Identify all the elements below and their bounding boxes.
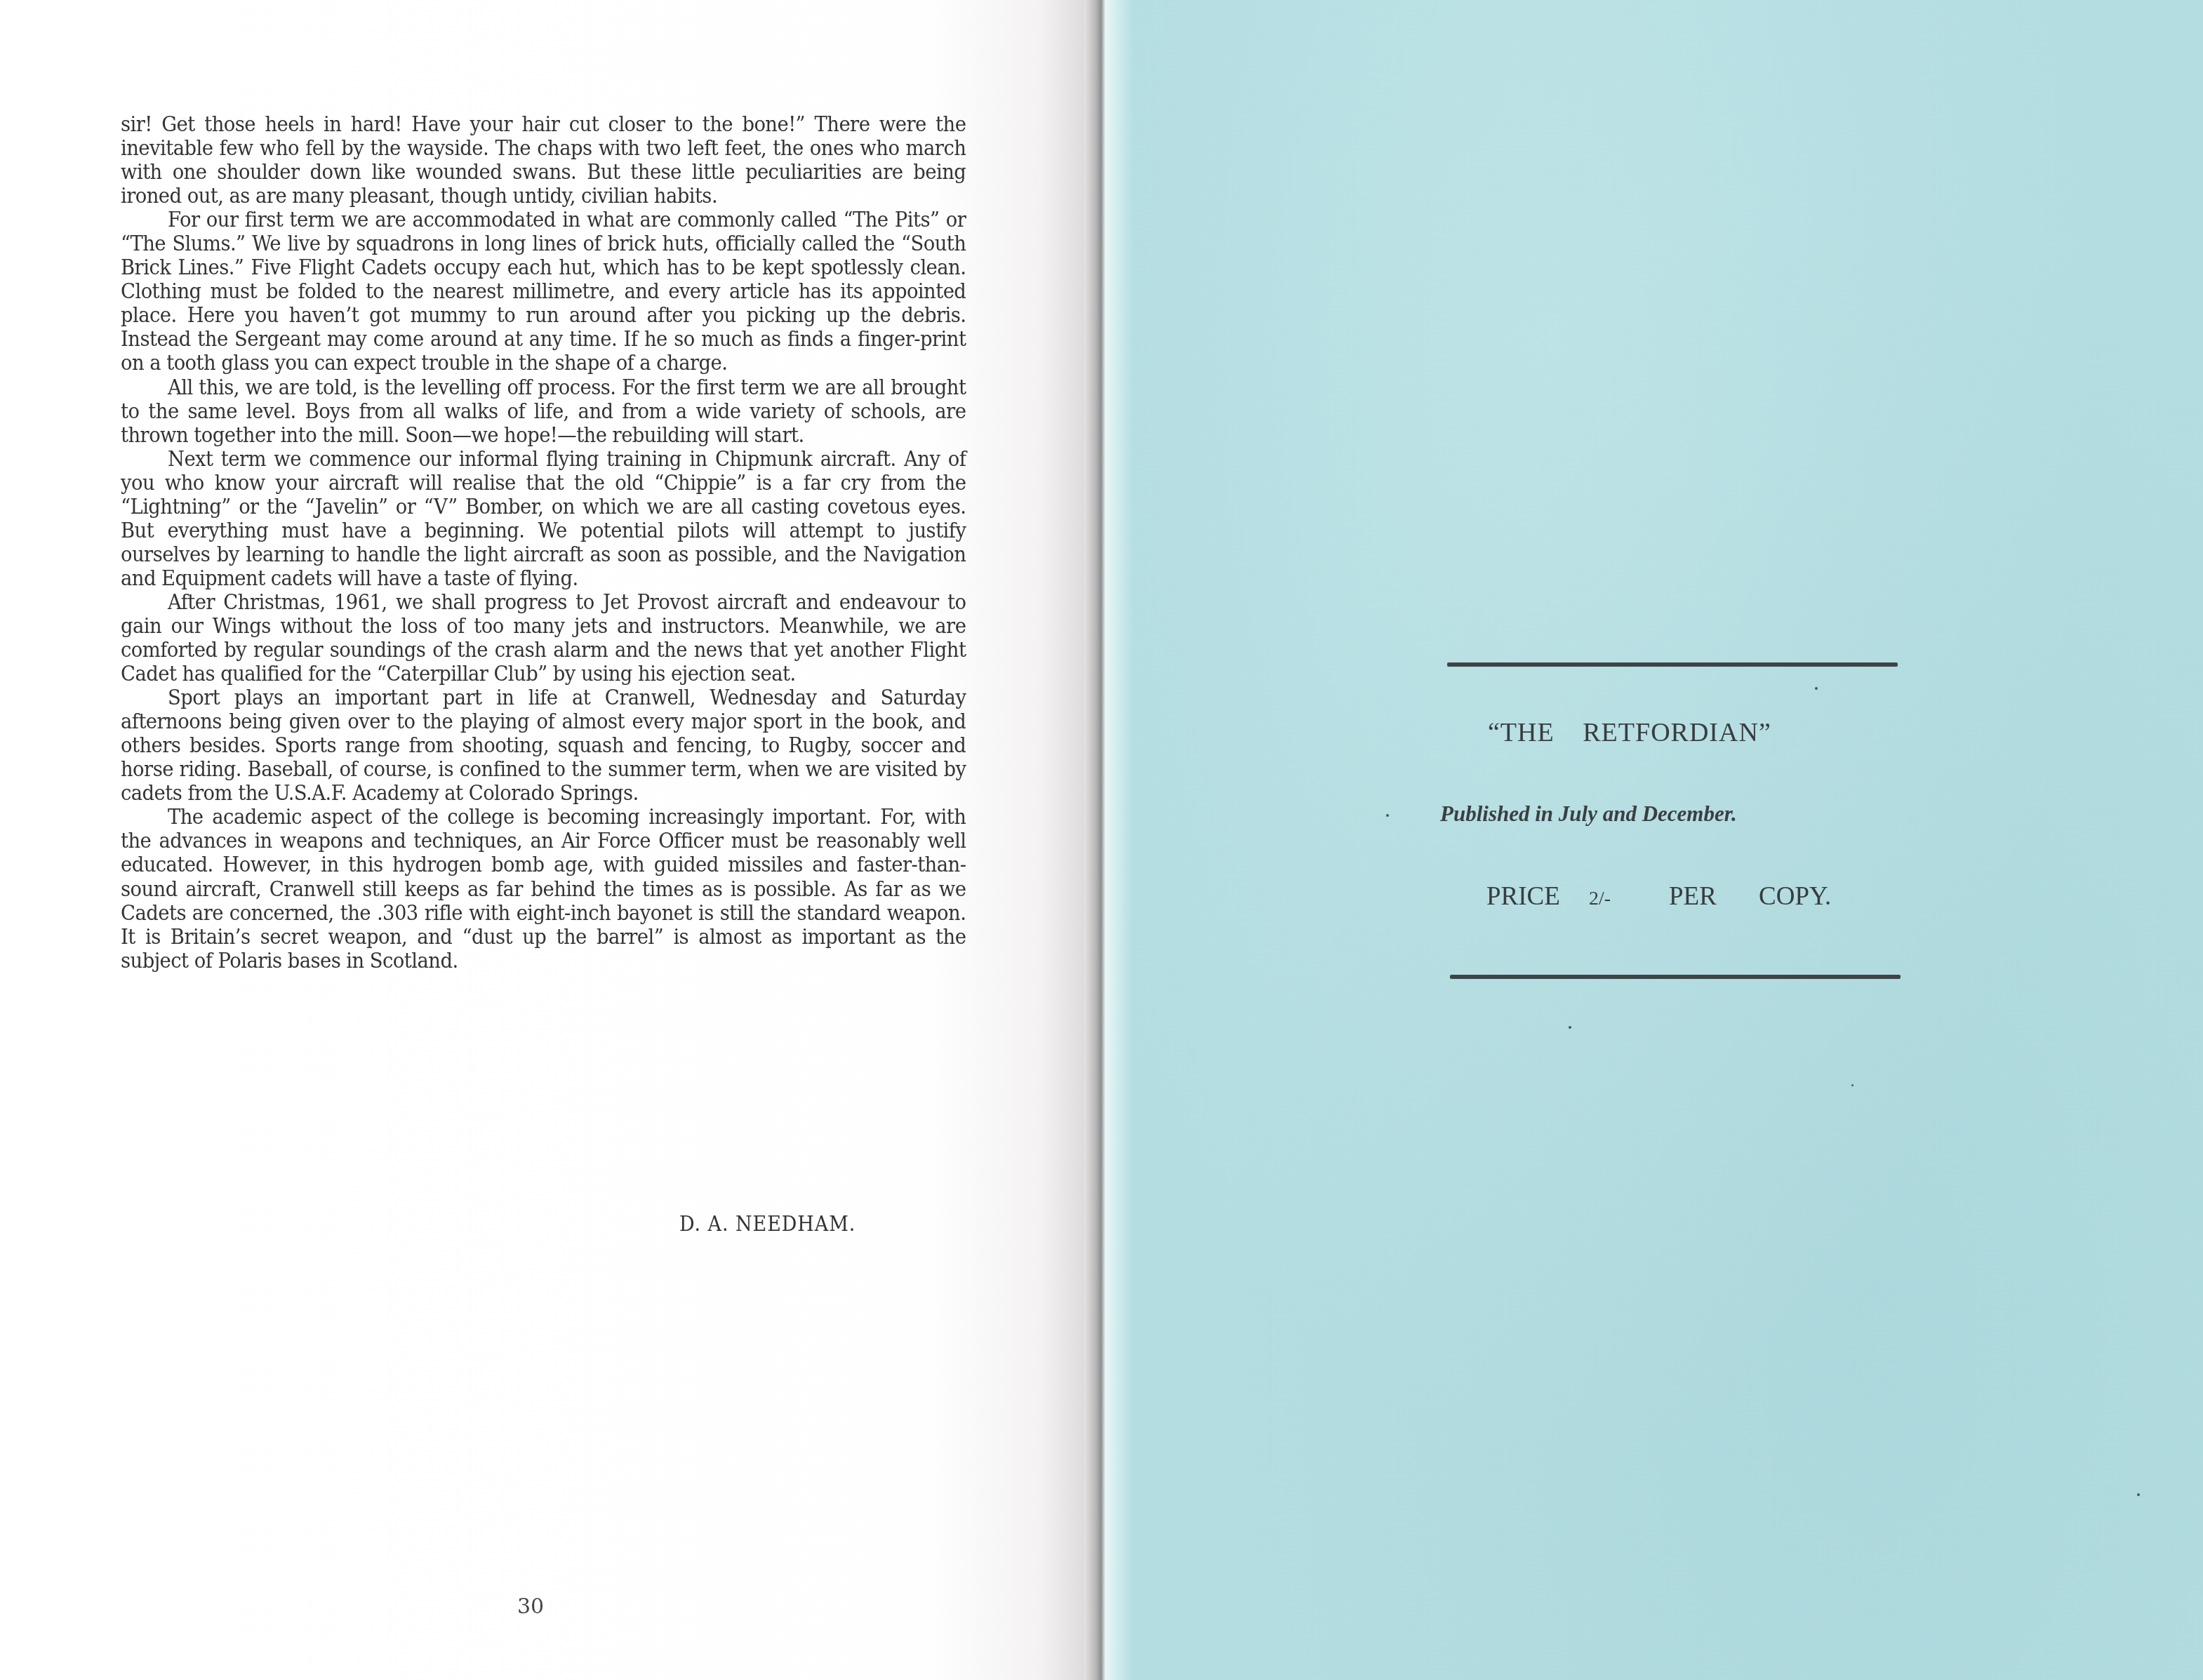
publication-schedule: Published in July and December. (1440, 801, 1931, 827)
paragraph: For our first term we are accommodated i… (121, 208, 966, 375)
paper-speck (2137, 1493, 2140, 1496)
paragraph: sir! Get those heels in hard! Have your … (121, 112, 966, 208)
price-line: PRICE 2/- PER COPY. (1486, 881, 1831, 912)
paper-speck (1386, 814, 1389, 817)
paragraph: The academic aspect of the college is be… (121, 805, 966, 972)
page-number: 30 (517, 1594, 544, 1619)
bottom-rule-divider (1450, 975, 1901, 979)
right-page (1105, 0, 2203, 1680)
article-body: sir! Get those heels in hard! Have your … (121, 112, 966, 973)
price-unit: COPY. (1759, 881, 1831, 912)
top-rule-divider (1447, 662, 1898, 667)
book-gutter (1084, 0, 1105, 1680)
paper-speck (1815, 687, 1818, 690)
paragraph: Next term we commence our informal flyin… (121, 447, 966, 590)
paper-speck (1569, 1026, 1571, 1029)
paragraph: All this, we are told, is the levelling … (121, 375, 966, 447)
price-label: PRICE (1486, 881, 1589, 912)
price-amount: 2/- (1589, 888, 1669, 910)
left-page: sir! Get those heels in hard! Have your … (0, 0, 1095, 1680)
author-signature: D. A. NEEDHAM. (679, 1212, 856, 1236)
price-per: PER (1669, 881, 1759, 912)
paper-speck (1851, 1084, 1853, 1086)
publication-title: “THE RETFORDIAN” (1488, 717, 1853, 748)
paragraph: After Christmas, 1961, we shall progress… (121, 590, 966, 686)
paragraph: Sport plays an important part in life at… (121, 686, 966, 805)
